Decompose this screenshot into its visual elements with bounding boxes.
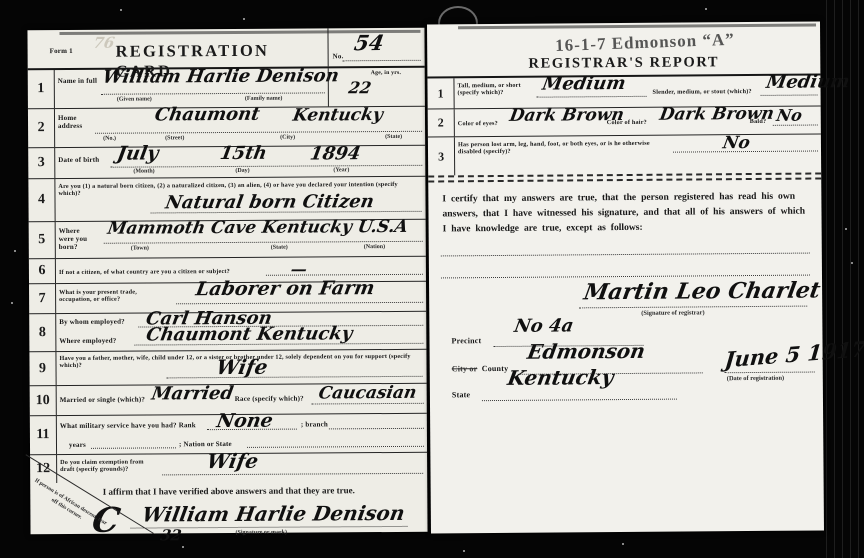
row-disability: 3 Has person lost arm, leg, hand, foot, … [428,134,821,175]
precinct-value: No 4a [513,315,575,336]
race-value: Caucasian [317,383,418,404]
row-number: 1 [28,70,55,108]
name-label: Name in full [58,77,97,85]
card-number-box: No. 54 [327,28,424,67]
employed-where-value: Chaumont Kentucky [145,323,355,345]
birth-month: July [115,142,160,164]
no-caption: (No.) [103,136,116,142]
dust-speck [182,546,184,548]
dotted-rule [343,60,421,61]
day-caption: (Day) [235,168,249,174]
town-caption: (Town) [131,245,149,251]
registrant-signature: William Harlie Denison [140,501,406,527]
county-value: Edmonson [526,338,647,363]
bald-value: No [775,106,803,125]
age-box: Age, in yrs. 22 [328,68,425,107]
dotted-rule [91,447,176,449]
dust-speck [845,228,847,230]
registrar-signature: Martin Leo Charlet [582,277,822,305]
military-label: What military service have you had? Rank [60,421,196,430]
military-nation-label: ; Nation or State [179,440,232,448]
foreign-citizen-value: — [289,260,308,279]
row-number: 3 [28,148,55,178]
dependents-value: Wife [214,355,269,379]
dust-speck [243,18,245,20]
row-number: 5 [29,222,56,258]
dotted-rule [761,94,818,95]
dotted-rule [482,398,677,401]
form-label: Form 1 [50,47,73,55]
row-employer: 8 By whom employed? Carl Hanson Where em… [29,312,426,352]
nation-caption: (Nation) [364,244,385,250]
employed-where-label: Where employed? [59,337,116,345]
dotted-rule [101,92,325,94]
dotted-rule [329,428,424,430]
county-label: County [482,364,509,373]
dotted-rule [725,371,815,373]
build-label: Slender, medium, or stout (which)? [653,88,752,96]
dust-speck [11,302,13,304]
blank-dotted-line [441,252,810,256]
state-caption: (State) [271,245,288,251]
dust-speck [120,9,122,11]
dotted-rule [247,446,424,448]
dotted-rule [579,305,807,308]
city-caption: (City) [280,135,295,141]
age-label: Age, in yrs. [371,70,401,77]
row-citizenship: 4 Are you (1) a natural born citizen, (2… [28,177,425,222]
dotted-rule [266,274,423,276]
bald-label: Bald? [750,118,767,125]
race-label: Race (specify which)? [235,395,304,403]
dotted-rule [312,403,424,405]
employer-label: By whom employed? [59,318,125,326]
row-number: 7 [29,284,56,313]
row-birthdate: 3 Date of birth July 15th 1894 (Month) (… [28,146,425,179]
card-number-label: No. [333,52,344,60]
height-label: Tall, medium, or short (specify which)? [457,82,535,97]
row-number: 6 [29,259,56,283]
form-number-faint: 76 [92,34,116,52]
row-exemption: 12 Do you claim exemption from draft (sp… [30,453,427,483]
row-birthplace: 5 Where were you born? Mammoth Cave Kent… [29,220,426,259]
row-number: 11 [30,416,57,454]
family-name-caption: (Family name) [245,96,283,102]
dust-speck [851,262,853,264]
state-caption: (State) [385,134,402,140]
affirmation-text: I affirm that I have verified above answ… [30,485,427,497]
row-number: 2 [428,109,455,136]
dust-speck [705,8,707,10]
occupation-value: Laborer on Farm [194,277,376,300]
dotted-rule [162,473,423,476]
registration-date-caption: (Date of registration) [727,374,784,381]
registrar-signature-caption: (Signature of registrar) [641,309,704,316]
address-city-value: Chaumont [153,104,261,126]
dust-speck [622,543,624,545]
precinct-label: Precinct [451,336,481,345]
year-caption: (Year) [333,167,349,173]
birthplace-label: Where were you born? [59,227,95,251]
foreign-citizen-label: If not a citizen, of what country are yo… [59,268,230,276]
registration-card: Form 1 76 REGISTRATION CARD No. 54 1 Nam… [27,28,427,534]
dotted-rule [176,302,423,305]
registrars-report-card: 16-1-7 Edmonson “A” REGISTRAR'S REPORT 1… [427,21,824,533]
registration-card-header: Form 1 76 REGISTRATION CARD No. 54 [27,28,424,70]
dotted-rule [110,165,422,168]
dust-speck [14,250,16,252]
row-number: 10 [30,386,57,415]
exemption-label: Do you claim exemption from draft (speci… [60,458,155,473]
row-number: 3 [428,137,455,175]
state-value: Kentucky [506,365,616,390]
given-name-caption: (Given name) [117,96,152,102]
married-label: Married or single (which)? [60,396,145,405]
eyes-label: Color of eyes? [458,120,498,127]
month-caption: (Month) [133,168,154,174]
dotted-rule [773,124,818,125]
row-number: 1 [427,78,454,108]
state-label: State [452,390,470,399]
age-value: 22 [347,78,372,97]
married-value: Married [150,383,235,405]
birthdate-label: Date of birth [58,156,99,164]
row-number: 8 [29,314,56,351]
row-dependents: 9 Have you a father, mother, wife, child… [29,350,426,386]
birthplace-value: Mammoth Cave Kentucky U.S.A [106,217,410,239]
certification-text: I certify that my answers are true, that… [442,190,807,237]
row-number: 4 [28,179,55,221]
address-label: Home address [58,114,88,130]
build-value: Medium [765,71,851,93]
military-branch-label: ; branch [301,420,328,428]
address-state-value: Kentucky [291,105,384,126]
county-label-struck: City or [452,364,478,373]
citizenship-value: Natural born Citizen [164,191,376,213]
row-number: 2 [28,109,55,147]
dotted-rule [167,376,423,379]
row-eyes-hair: 2 Color of eyes? Dark Brown Color of hai… [428,106,821,137]
dust-speck [463,550,465,552]
disability-label: Has person lost arm, leg, hand, foot, or… [458,140,668,156]
card-number-value: 54 [352,30,385,55]
occupation-label: What is your present trade, occupation, … [59,288,169,303]
street-caption: (Street) [165,135,184,141]
military-years-label: years [69,441,86,449]
exemption-value: Wife [205,449,260,473]
scanned-draft-card-image: Form 1 76 REGISTRATION CARD No. 54 1 Nam… [0,0,864,558]
signature-caption: (Signature or mark) [236,530,287,536]
birth-year: 1894 [308,143,362,164]
dotted-rule [537,96,647,98]
birth-day: 15th [218,143,268,164]
name-value: William Harlie Denison [101,65,341,87]
row-number: 9 [29,352,56,385]
registrars-report-title: REGISTRAR'S REPORT [427,53,820,73]
height-value: Medium [541,73,627,95]
hair-label: Color of hair? [607,119,647,126]
signature-note: 32 [159,526,183,544]
dotted-rule [95,131,422,134]
